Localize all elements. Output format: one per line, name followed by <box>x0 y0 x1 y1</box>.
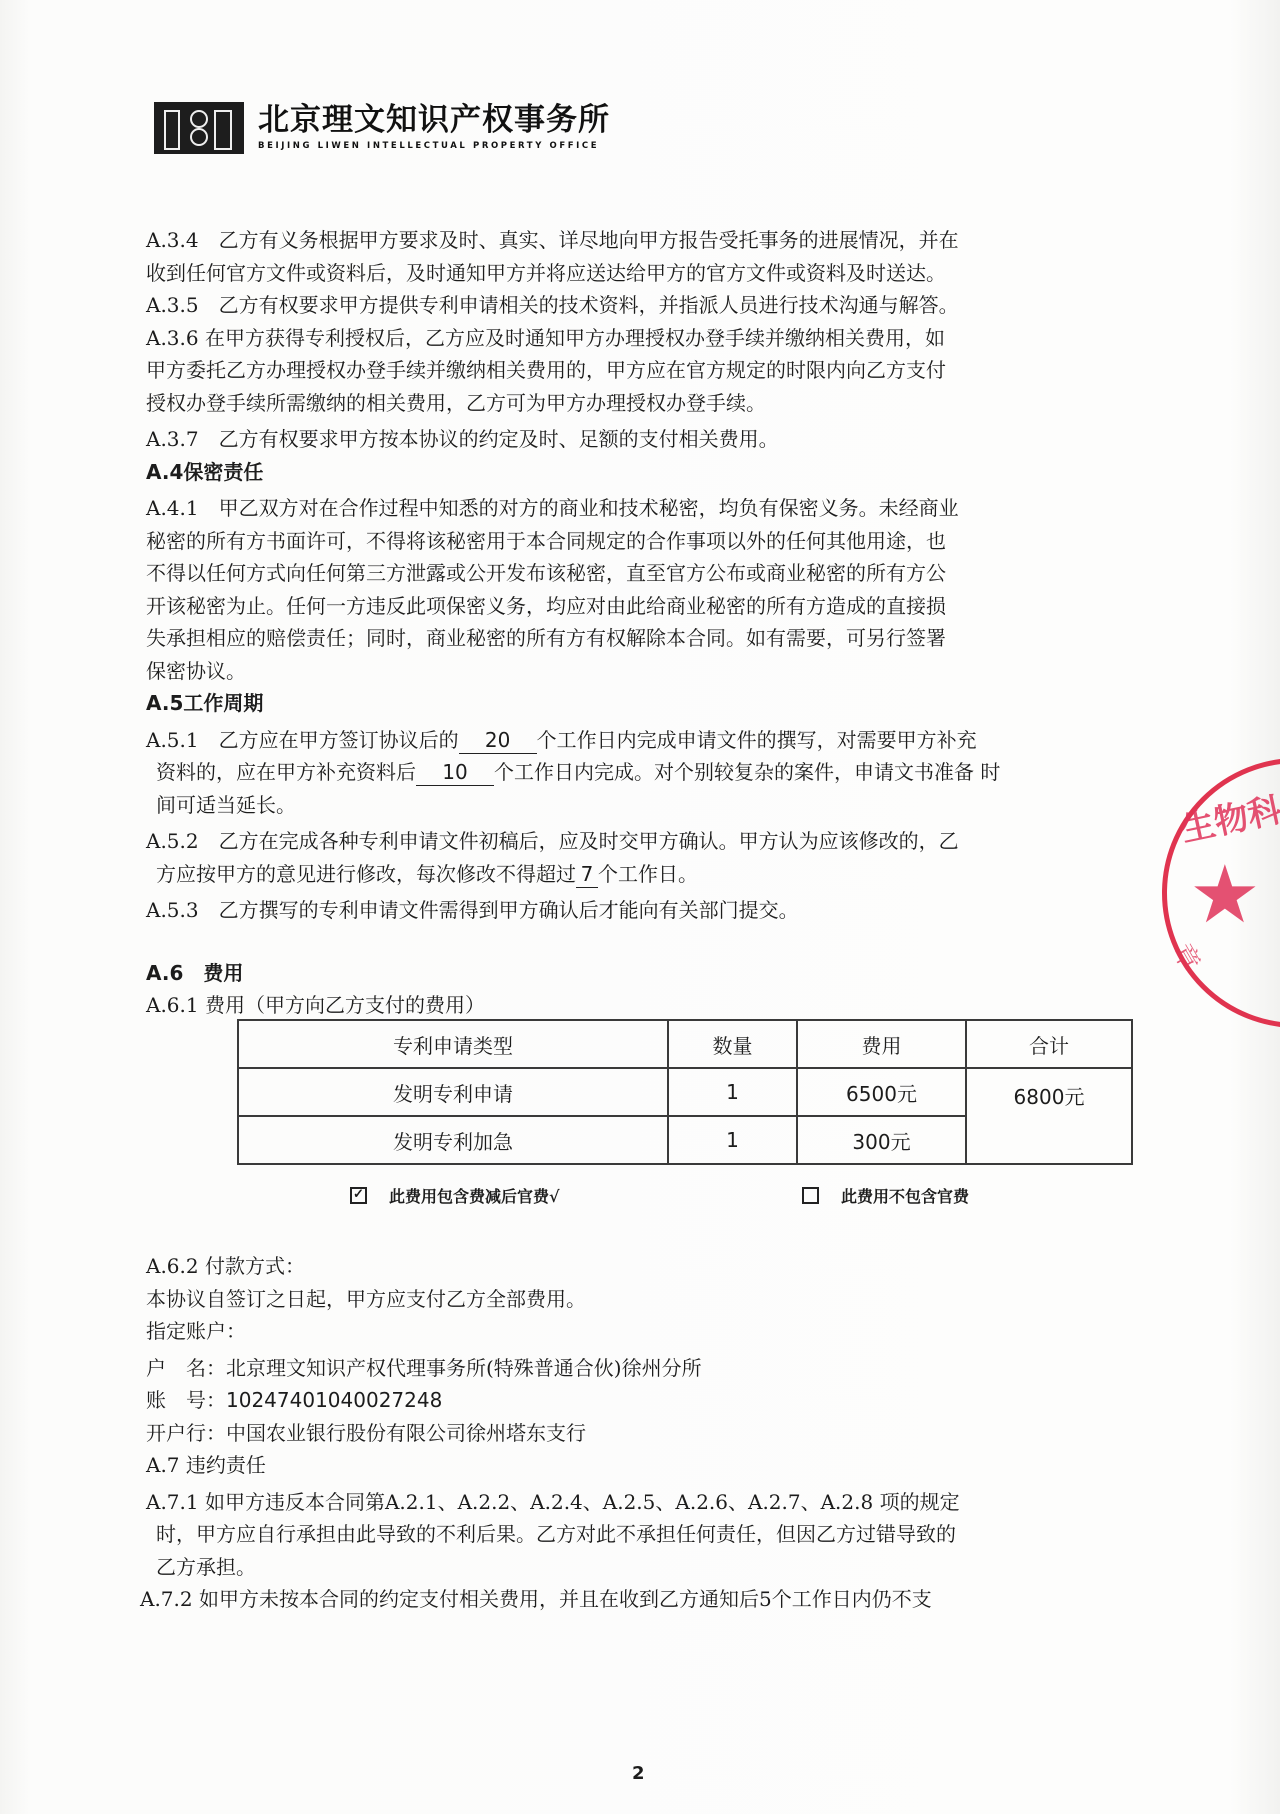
clause-a71-line2: 时，甲方应自行承担由此导致的不利后果。乙方对此不承担任何责任，但因乙方过错导致的 <box>146 1518 1142 1551</box>
clause-a62-body: 本协议自签订之日起，甲方应支付乙方全部费用。 <box>146 1283 1142 1316</box>
clause-a34-line2: 收到任何官方文件或资料后，及时通知甲方并将应送达给甲方的官方文件或资料及时送达。 <box>146 257 1142 290</box>
seal-text: 生物科技研 <box>1176 768 1280 851</box>
days-blank-3: 7 <box>576 861 598 888</box>
clause-a51-line1: A.5.1 乙方应在甲方签订协议后的20个工作日内完成申请文件的撰写，对需要甲方… <box>146 724 1142 757</box>
clause-a62: A.6.2 付款方式： <box>146 1250 1142 1283</box>
clause-a52-line2: 方应按甲方的意见进行修改，每次修改不得超过7个工作日。 <box>146 858 1142 891</box>
clause-a51-text: 资料的，应在甲方补充资料后 <box>156 760 416 784</box>
seal-text: 章 <box>1165 936 1210 977</box>
fee-cell: 6500元 <box>797 1068 966 1116</box>
table-row: 发明专利申请 1 6500元 6800元 <box>238 1068 1132 1116</box>
qty-cell: 1 <box>668 1068 797 1116</box>
clause-a36-line1: A.3.6 在甲方获得专利授权后，乙方应及时通知甲方办理授权办登手续并缴纳相关费… <box>146 322 1142 355</box>
header-cell: 专利申请类型 <box>238 1020 668 1068</box>
logo-chinese-name: 北京理文知识产权事务所 <box>258 102 610 138</box>
clause-a51-text: A.5.1 乙方应在甲方签订协议后的 <box>146 728 459 752</box>
company-seal: 生物科技研 ★ 章 <box>1162 758 1280 1028</box>
type-cell: 发明专利加急 <box>238 1116 668 1164</box>
official-fee-included-option[interactable]: ✓ 此费用包含费减后官费√ <box>350 1184 560 1207</box>
logo-english-name: BEIJING LIWEN INTELLECTUAL PROPERTY OFFI… <box>258 141 610 151</box>
section-a4-title: A.4保密责任 <box>146 456 1142 489</box>
account-label: 指定账户： <box>146 1315 1142 1348</box>
logo-mark-icon <box>154 102 244 154</box>
clause-a53: A.5.3 乙方撰写的专利申请文件需得到甲方确认后才能向有关部门提交。 <box>146 894 1142 927</box>
clause-a51-line2: 资料的，应在甲方补充资料后10个工作日内完成。对个别较复杂的案件，申请文书准备 … <box>146 756 1142 789</box>
days-blank-2: 10 <box>416 759 494 786</box>
total-cell: 6800元 <box>966 1068 1132 1164</box>
clause-a52-line1: A.5.2 乙方在完成各种专利申请文件初稿后，应及时交甲方确认。甲方认为应该修改… <box>146 825 1142 858</box>
clause-a41-line2: 秘密的所有方书面许可，不得将该秘密用于本合同规定的合作事项以外的任何其他用途，也 <box>146 525 1142 558</box>
account-number-label: 账 号： <box>146 1388 226 1412</box>
header-cell: 费用 <box>797 1020 966 1068</box>
section-a5-title: A.5工作周期 <box>146 687 1142 720</box>
clause-a36-line3: 授权办登手续所需缴纳的相关费用，乙方可为甲方办理授权办登手续。 <box>146 387 1142 420</box>
section-a7-title: A.7 违约责任 <box>146 1449 1142 1482</box>
clause-a41-line3: 不得以任何方式向任何第三方泄露或公开发布该秘密，直至官方公布或商业秘密的所有方公 <box>146 557 1142 590</box>
fee-cell: 300元 <box>797 1116 966 1164</box>
clause-a36-line2: 甲方委托乙方办理授权办登手续并缴纳相关费用的，甲方应在官方规定的时限内向乙方支付 <box>146 354 1142 387</box>
payment-section: A.6.2 付款方式： 本协议自签订之日起，甲方应支付乙方全部费用。 指定账户：… <box>146 1250 1142 1616</box>
qty-cell: 1 <box>668 1116 797 1164</box>
clause-a41-line5: 失承担相应的赔偿责任；同时，商业秘密的所有方有权解除本合同。如有需要，可另行签署 <box>146 622 1142 655</box>
checkbox-label: 此费用包含费减后官费√ <box>389 1184 560 1207</box>
clause-a52-text: 方应按甲方的意见进行修改，每次修改不得超过 <box>156 862 576 886</box>
firm-logo: 北京理文知识产权事务所 BEIJING LIWEN INTELLECTUAL P… <box>154 102 610 154</box>
clause-a71-line1: A.7.1 如甲方违反本合同第A.2.1、A.2.2、A.2.4、A.2.5、A… <box>146 1486 1142 1519</box>
section-a6-title: A.6 费用 <box>146 957 1142 990</box>
unchecked-checkbox-icon[interactable] <box>802 1187 819 1204</box>
header-cell: 数量 <box>668 1020 797 1068</box>
header-cell: 合计 <box>966 1020 1132 1068</box>
clause-a41-line1: A.4.1 甲乙双方对在合作过程中知悉的对方的商业和技术秘密，均负有保密义务。未… <box>146 492 1142 525</box>
days-blank-1: 20 <box>459 727 537 754</box>
clause-a35: A.3.5 乙方有权要求甲方提供专利申请相关的技术资料，并指派人员进行技术沟通与… <box>146 289 1142 322</box>
clause-a34-line1: A.3.4 乙方有义务根据甲方要求及时、真实、详尽地向甲方报告受托事务的进展情况… <box>146 224 1142 257</box>
clause-a61: A.6.1 费用（甲方向乙方支付的费用） <box>146 989 1142 1022</box>
table-header-row: 专利申请类型 数量 费用 合计 <box>238 1020 1132 1068</box>
clause-a41-line4: 开该秘密为止。任何一方违反此项保密义务，均应对由此给商业秘密的所有方造成的直接损 <box>146 590 1142 623</box>
bank-name: 开户行：中国农业银行股份有限公司徐州塔东支行 <box>146 1417 1142 1450</box>
clause-a51-line3: 间可适当延长。 <box>146 789 1142 822</box>
account-number: 10247401040027248 <box>226 1388 442 1412</box>
clause-a72: A.7.2 如甲方未按本合同的约定支付相关费用，并且在收到乙方通知后5个工作日内… <box>140 1583 1142 1616</box>
page-number: 2 <box>632 1763 645 1784</box>
checkbox-label: 此费用不包含官费 <box>841 1184 969 1207</box>
document-page: 北京理文知识产权事务所 BEIJING LIWEN INTELLECTUAL P… <box>0 0 1280 1814</box>
account-number-line: 账 号：10247401040027248 <box>146 1384 1142 1417</box>
official-fee-excluded-option[interactable]: 此费用不包含官费 <box>802 1184 969 1207</box>
clause-a51-text: 个工作日内完成。对个别较复杂的案件，申请文书准备 时 <box>494 760 1000 784</box>
clause-a37: A.3.7 乙方有权要求甲方按本协议的约定及时、足额的支付相关费用。 <box>146 423 1142 456</box>
document-body: A.3.4 乙方有义务根据甲方要求及时、真实、详尽地向甲方报告受托事务的进展情况… <box>146 224 1142 1022</box>
clause-a41-line6: 保密协议。 <box>146 655 1142 688</box>
checked-checkbox-icon[interactable]: ✓ <box>350 1187 367 1204</box>
clause-a52-text: 个工作日。 <box>598 862 698 886</box>
star-icon: ★ <box>1189 855 1261 935</box>
account-name: 户 名：北京理文知识产权代理事务所(特殊普通合伙)徐州分所 <box>146 1352 1142 1385</box>
type-cell: 发明专利申请 <box>238 1068 668 1116</box>
clause-a71-line3: 乙方承担。 <box>146 1551 1142 1584</box>
fee-table: 专利申请类型 数量 费用 合计 发明专利申请 1 6500元 6800元 发明专… <box>237 1019 1133 1165</box>
clause-a51-text: 个工作日内完成申请文件的撰写，对需要甲方补充 <box>537 728 977 752</box>
